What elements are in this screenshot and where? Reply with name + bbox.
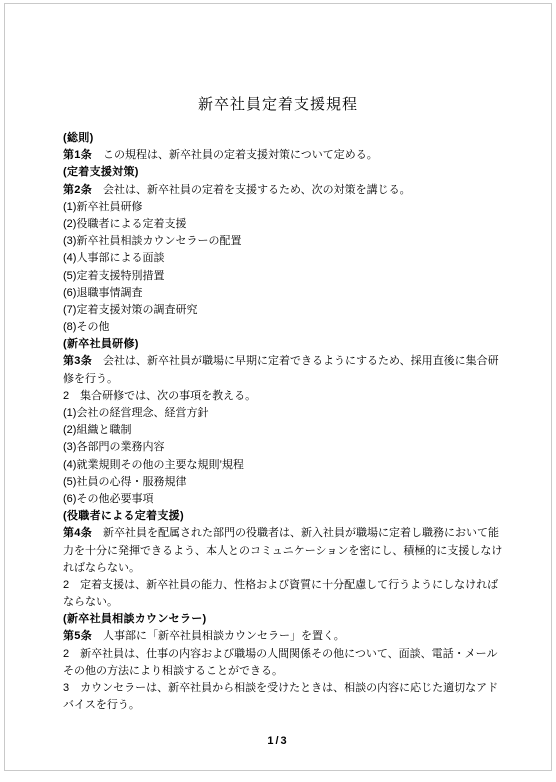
line-text: (1)新卒社員研修 <box>63 201 142 213</box>
text-line: (定着支援対策) <box>63 164 487 181</box>
line-text: 会社は、新卒社員が職場に早期に定着できるようにするため、採用直後に集合研 <box>92 355 499 367</box>
line-bold: (役職者による定着支援) <box>63 510 184 522</box>
line-bold: (新卒社員研修) <box>63 338 139 350</box>
text-line: (1)会社の経営理念、経営方針 <box>63 405 487 422</box>
page-title: 新卒社員定着支援規程 <box>0 93 556 114</box>
line-text: (3)各部門の業務内容 <box>63 441 164 453</box>
line-text: (4)人事部による面談 <box>63 252 164 264</box>
line-text: (5)社員の心得・服務規律 <box>63 476 186 488</box>
line-bold: 第2条 <box>63 184 92 196</box>
line-text: その他の方法により相談することができる。 <box>63 665 283 677</box>
text-line: (5)社員の心得・服務規律 <box>63 474 487 491</box>
line-text: (4)就業規則その他の主要な規則’規程 <box>63 459 244 471</box>
text-line: (7)定着支援対策の調査研究 <box>63 302 487 319</box>
document-lines: (総則)第1条 この規程は、新卒社員の定着支援対策について定める。(定着支援対策… <box>63 130 487 714</box>
text-line: 2 定着支援は、新卒社員の能力、性格および資質に十分配慮して行うようにしなければ <box>63 577 487 594</box>
text-line: (8)その他 <box>63 319 487 336</box>
text-line: 第4条 新卒社員を配属された部門の役職者は、新入社員が職場に定着し職務において能 <box>63 525 487 542</box>
text-line: (6)その他必要事項 <box>63 491 487 508</box>
text-line: 2 集合研修では、次の事項を教える。 <box>63 388 487 405</box>
text-line: バイスを行う。 <box>63 697 487 714</box>
line-text: 2 集合研修では、次の事項を教える。 <box>63 390 256 402</box>
line-text: 3 カウンセラーは、新卒社員から相談を受けたときは、相談の内容に応じた適切なアド <box>63 682 498 694</box>
line-text: (6)退職事情調査 <box>63 287 142 299</box>
text-line: 第5条 人事部に「新卒社員相談カウンセラー」を置く。 <box>63 628 487 645</box>
line-text: 修を行う。 <box>63 373 118 385</box>
line-text: ればならない。 <box>63 562 140 574</box>
text-line: (1)新卒社員研修 <box>63 199 487 216</box>
text-line: (新卒社員相談カウンセラー) <box>63 611 487 628</box>
line-text: バイスを行う。 <box>63 699 140 711</box>
line-text: 2 定着支援は、新卒社員の能力、性格および資質に十分配慮して行うようにしなければ <box>63 579 498 591</box>
text-line: (役職者による定着支援) <box>63 508 487 525</box>
text-line: (2)役職者による定着支援 <box>63 216 487 233</box>
line-text: この規程は、新卒社員の定着支援対策について定める。 <box>92 149 378 161</box>
line-text: 新卒社員を配属された部門の役職者は、新入社員が職場に定着し職務において能 <box>92 527 499 539</box>
line-bold: 第3条 <box>63 355 92 367</box>
text-line: その他の方法により相談することができる。 <box>63 663 487 680</box>
text-line: 第1条 この規程は、新卒社員の定着支援対策について定める。 <box>63 147 487 164</box>
line-text: 力を十分に発揮できるよう、本人とのコミュニケーションを密にし、積極的に支援しなけ <box>63 545 502 557</box>
text-line: 2 新卒社員は、仕事の内容および職場の人間関係その他について、面談、電話・メール <box>63 646 487 663</box>
text-line: (3)新卒社員相談カウンセラーの配置 <box>63 233 487 250</box>
text-line: (2)組織と職制 <box>63 422 487 439</box>
text-line: (5)定着支援特別措置 <box>63 268 487 285</box>
line-text: (1)会社の経営理念、経営方針 <box>63 407 208 419</box>
line-text: (5)定着支援特別措置 <box>63 270 164 282</box>
text-line: 力を十分に発揮できるよう、本人とのコミュニケーションを密にし、積極的に支援しなけ <box>63 543 487 560</box>
text-line: 第3条 会社は、新卒社員が職場に早期に定着できるようにするため、採用直後に集合研 <box>63 353 487 370</box>
line-text: (2)組織と職制 <box>63 424 131 436</box>
text-line: 3 カウンセラーは、新卒社員から相談を受けたときは、相談の内容に応じた適切なアド <box>63 680 487 697</box>
text-line: ならない。 <box>63 594 487 611</box>
line-bold: (定着支援対策) <box>63 166 139 178</box>
text-line: 第2条 会社は、新卒社員の定着を支援するため、次の対策を講じる。 <box>63 182 487 199</box>
text-line: 修を行う。 <box>63 371 487 388</box>
line-bold: 第4条 <box>63 527 92 539</box>
text-line: (4)人事部による面談 <box>63 250 487 267</box>
text-line: (4)就業規則その他の主要な規則’規程 <box>63 457 487 474</box>
line-bold: 第1条 <box>63 149 92 161</box>
line-text: 2 新卒社員は、仕事の内容および職場の人間関係その他について、面談、電話・メール <box>63 648 497 660</box>
text-line: (新卒社員研修) <box>63 336 487 353</box>
text-line: (6)退職事情調査 <box>63 285 487 302</box>
line-text: (2)役職者による定着支援 <box>63 218 186 230</box>
line-text: (6)その他必要事項 <box>63 493 153 505</box>
page-number: 1/3 <box>0 735 556 747</box>
line-text: 人事部に「新卒社員相談カウンセラー」を置く。 <box>92 630 345 642</box>
line-bold: 第5条 <box>63 630 92 642</box>
text-line: (3)各部門の業務内容 <box>63 439 487 456</box>
text-line: ればならない。 <box>63 560 487 577</box>
line-text: (7)定着支援対策の調査研究 <box>63 304 197 316</box>
line-bold: (総則) <box>63 132 94 144</box>
line-text: 会社は、新卒社員の定着を支援するため、次の対策を講じる。 <box>92 184 411 196</box>
line-text: ならない。 <box>63 596 118 608</box>
line-text: (3)新卒社員相談カウンセラーの配置 <box>63 235 241 247</box>
line-bold: (新卒社員相談カウンセラー) <box>63 613 207 625</box>
line-text: (8)その他 <box>63 321 109 333</box>
text-line: (総則) <box>63 130 487 147</box>
